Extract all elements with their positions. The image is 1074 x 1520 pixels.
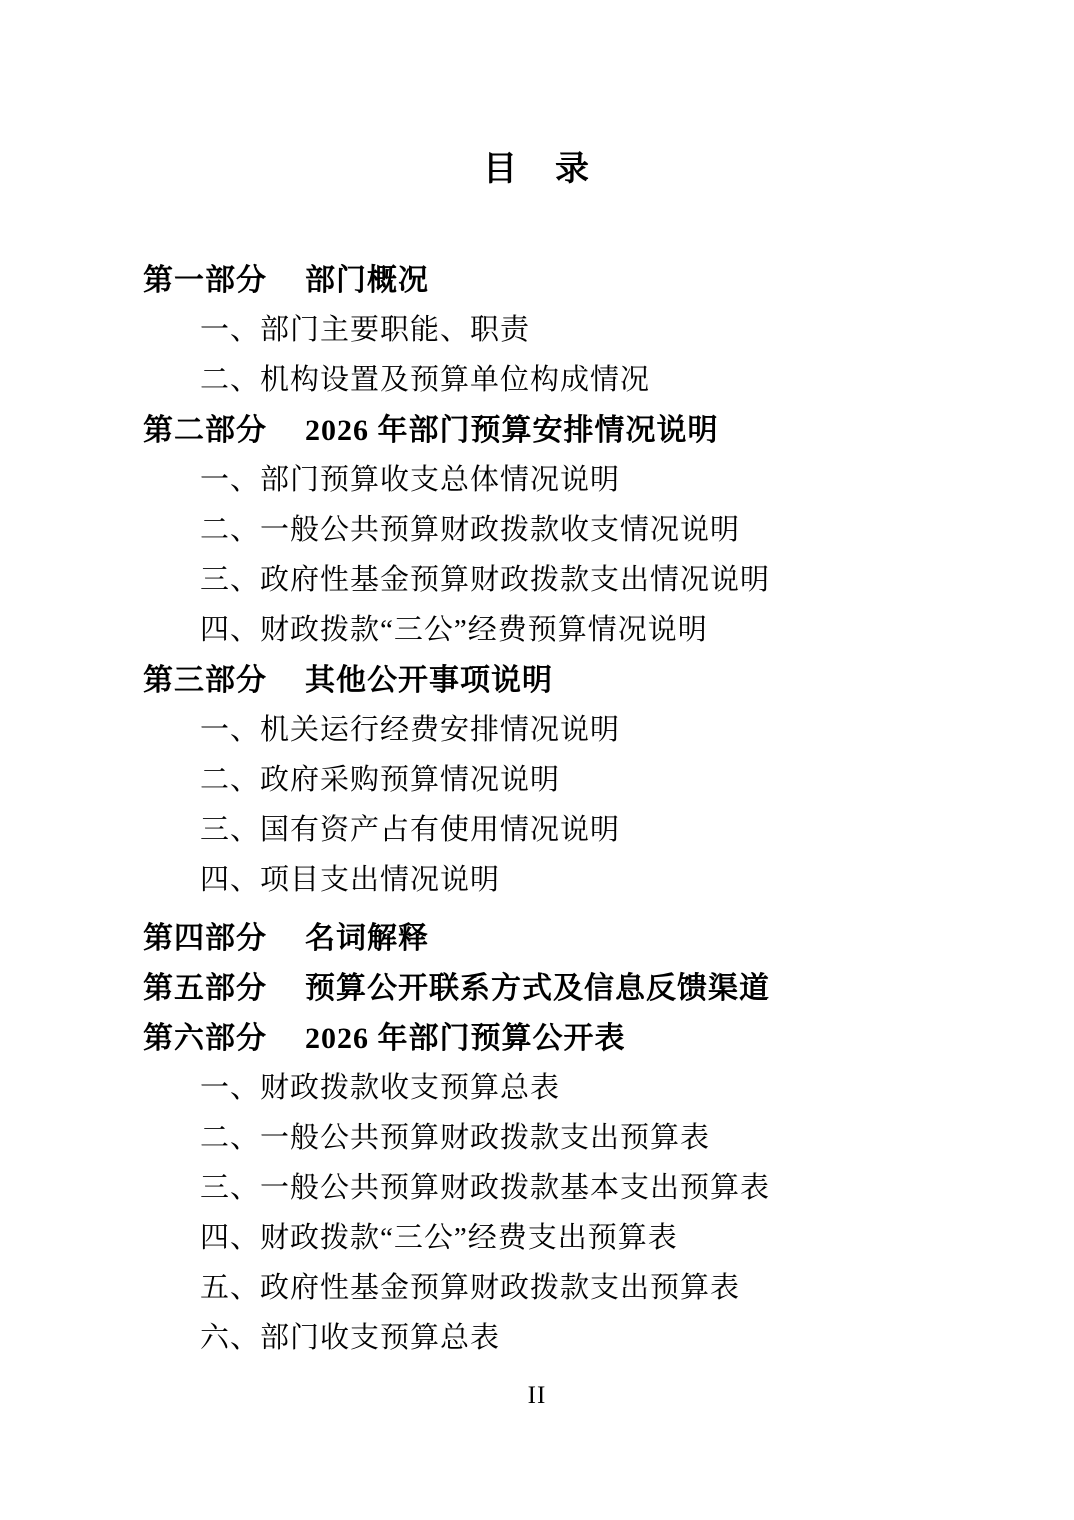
toc-item: 三、一般公共预算财政拨款基本支出预算表 [143, 1160, 974, 1210]
toc-item: 一、部门主要职能、职责 [143, 302, 974, 352]
toc-item: 五、政府性基金预算财政拨款支出预算表 [143, 1260, 974, 1310]
section-label: 第五部分 [143, 963, 267, 1007]
toc-item: 二、政府采购预算情况说明 [143, 752, 974, 802]
section-heading: 部门概况 [305, 255, 429, 299]
toc-item: 二、一般公共预算财政拨款收支情况说明 [143, 502, 974, 552]
section-label: 第一部分 [143, 255, 267, 299]
toc-item: 二、机构设置及预算单位构成情况 [143, 352, 974, 402]
toc-item: 三、国有资产占有使用情况说明 [143, 802, 974, 852]
table-of-contents: 第一部分 部门概况 一、部门主要职能、职责 二、机构设置及预算单位构成情况 第二… [143, 252, 974, 1360]
toc-item: 一、机关运行经费安排情况说明 [143, 702, 974, 752]
toc-section-4: 第四部分 名词解释 [143, 910, 974, 960]
section-label: 第六部分 [143, 1013, 267, 1057]
toc-item: 二、一般公共预算财政拨款支出预算表 [143, 1110, 974, 1160]
section-label: 第三部分 [143, 655, 267, 699]
toc-item: 四、财政拨款“三公”经费预算情况说明 [143, 602, 974, 652]
section-heading: 预算公开联系方式及信息反馈渠道 [305, 963, 770, 1007]
toc-section-2: 第二部分 2026 年部门预算安排情况说明 [143, 402, 974, 452]
section-heading: 2026 年部门预算安排情况说明 [305, 405, 719, 449]
section-label: 第四部分 [143, 913, 267, 957]
toc-item: 六、部门收支预算总表 [143, 1310, 974, 1360]
toc-section-5: 第五部分 预算公开联系方式及信息反馈渠道 [143, 960, 974, 1010]
page-number: II [0, 1382, 1074, 1410]
toc-item: 四、项目支出情况说明 [143, 852, 974, 902]
toc-item: 三、政府性基金预算财政拨款支出情况说明 [143, 552, 974, 602]
toc-section-1: 第一部分 部门概况 [143, 252, 974, 302]
section-heading: 其他公开事项说明 [305, 655, 553, 699]
toc-item: 一、财政拨款收支预算总表 [143, 1060, 974, 1110]
page-title: 目 录 [0, 0, 1074, 190]
toc-item: 四、财政拨款“三公”经费支出预算表 [143, 1210, 974, 1260]
toc-item: 一、部门预算收支总体情况说明 [143, 452, 974, 502]
section-label: 第二部分 [143, 405, 267, 449]
toc-section-6: 第六部分 2026 年部门预算公开表 [143, 1010, 974, 1060]
document-page: 目 录 第一部分 部门概况 一、部门主要职能、职责 二、机构设置及预算单位构成情… [0, 0, 1074, 1520]
toc-section-3: 第三部分 其他公开事项说明 [143, 652, 974, 702]
section-heading: 名词解释 [305, 913, 429, 957]
section-heading: 2026 年部门预算公开表 [305, 1013, 626, 1057]
